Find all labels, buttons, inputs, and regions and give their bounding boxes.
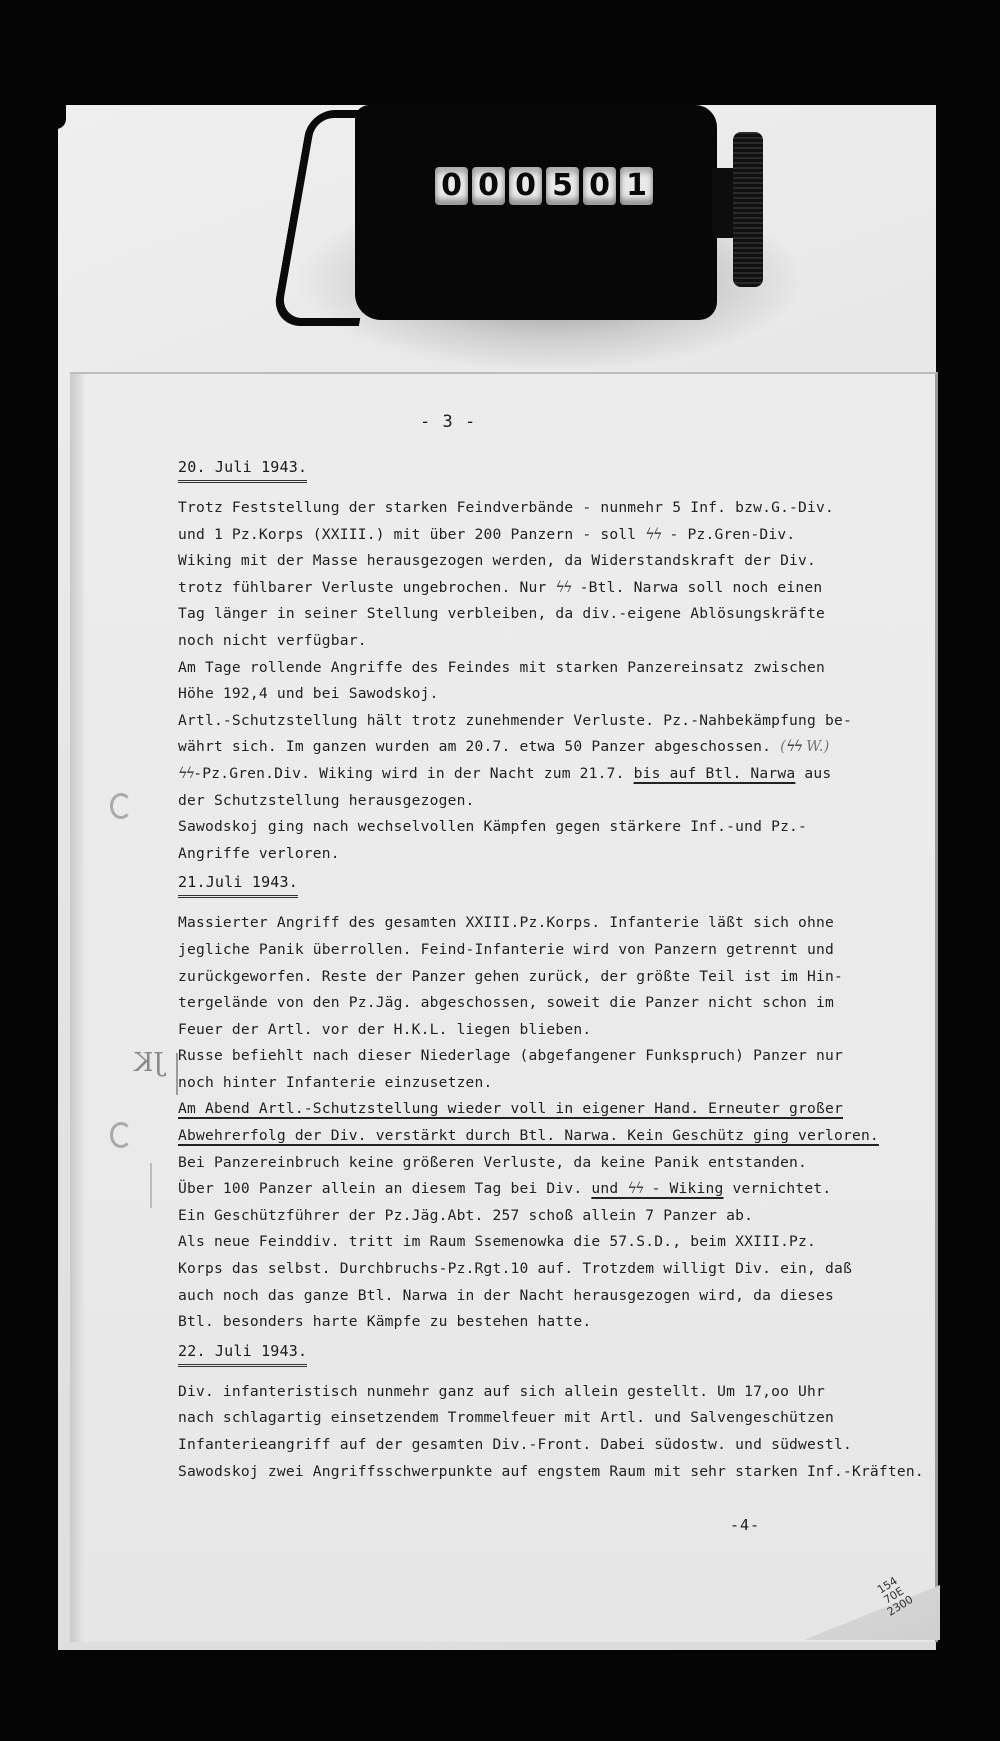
typed-line: Angriffe verloren. [178, 841, 938, 868]
typed-line: auch noch das ganze Btl. Narwa in der Na… [178, 1283, 938, 1310]
counter-digit: 1 [620, 167, 653, 205]
entry-date-heading: 22. Juli 1943. [178, 1342, 307, 1367]
typed-line: Bei Panzereinbruch keine größeren Verlus… [178, 1150, 938, 1177]
diary-entry: 21.Juli 1943.Massierter Angriff des gesa… [178, 873, 938, 1336]
document-body: 20. Juli 1943.Trotz Feststellung der sta… [178, 458, 938, 1491]
typed-line: Artl.-Schutzstellung hält trotz zunehmen… [178, 708, 938, 735]
typed-line: Über 100 Panzer allein an diesem Tag bei… [178, 1176, 938, 1203]
margin-initial: JK [134, 1048, 164, 1078]
typed-line: noch hinter Infanterie einzusetzen. [178, 1070, 938, 1097]
typed-line: Am Tage rollende Angriffe des Feindes mi… [178, 655, 938, 682]
counter-digit: 0 [583, 167, 616, 205]
diary-entry: 22. Juli 1943.Div. infanteristisch nunme… [178, 1342, 938, 1485]
counter-readout: 0 0 0 5 0 1 [435, 167, 653, 205]
ss-rune-mark: ϟϟ [786, 738, 801, 755]
typed-line: Russe befiehlt nach dieser Niederlage (a… [178, 1043, 938, 1070]
ss-rune-mark: ϟϟ [178, 765, 193, 782]
typed-line: und 1 Pz.Korps (XXIII.) mit über 200 Pan… [178, 522, 938, 549]
counter-digit: 0 [509, 167, 542, 205]
page-number-bottom: -4- [730, 1516, 760, 1534]
page-number-top: - 3 - [420, 412, 476, 432]
typed-line: Sawodskoj zwei Angriffsschwerpunkte auf … [178, 1459, 938, 1486]
typed-line: Trotz Feststellung der starken Feindverb… [178, 495, 938, 522]
typed-line: zurückgeworfen. Reste der Panzer gehen z… [178, 964, 938, 991]
typed-line: noch nicht verfügbar. [178, 628, 938, 655]
typed-line: Am Abend Artl.-Schutzstellung wieder vol… [178, 1096, 938, 1123]
counter-digit: 0 [472, 167, 505, 205]
typed-line: Ein Geschützführer der Pz.Jäg.Abt. 257 s… [178, 1203, 938, 1230]
typed-line: Sawodskoj ging nach wechselvollen Kämpfe… [178, 814, 938, 841]
typed-line: währt sich. Im ganzen wurden am 20.7. et… [178, 734, 938, 761]
counter-knob [733, 132, 763, 287]
diary-entry: 20. Juli 1943.Trotz Feststellung der sta… [178, 458, 938, 867]
typed-line: nach schlagartig einsetzendem Trommelfeu… [178, 1405, 938, 1432]
pencil-note: (ϟϟ W.) [780, 738, 829, 755]
frame-counter-device [355, 105, 717, 320]
typed-line: Massierter Angriff des gesamten XXIII.Pz… [178, 910, 938, 937]
ss-rune-mark: ϟϟ [645, 526, 660, 543]
card-notch [52, 105, 66, 129]
typed-line: Infanterieangriff auf der gesamten Div.-… [178, 1432, 938, 1459]
counter-digit: 5 [546, 167, 579, 205]
punch-hole-mark [110, 793, 132, 819]
entry-date-heading: 21.Juli 1943. [178, 873, 298, 898]
counter-digit: 0 [435, 167, 468, 205]
entry-date-heading: 20. Juli 1943. [178, 458, 307, 483]
typed-line: tergelände von den Pz.Jäg. abgeschossen,… [178, 990, 938, 1017]
typed-line: Feuer der Artl. vor der H.K.L. liegen bl… [178, 1017, 938, 1044]
typed-line: Btl. besonders harte Kämpfe zu bestehen … [178, 1309, 938, 1336]
typed-line: Korps das selbst. Durchbruchs-Pz.Rgt.10 … [178, 1256, 938, 1283]
typed-line: trotz fühlbarer Verluste ungebrochen. Nu… [178, 575, 938, 602]
typed-line: ϟϟ-Pz.Gren.Div. Wiking wird in der Nacht… [178, 761, 938, 788]
typed-line: Div. infanteristisch nunmehr ganz auf si… [178, 1379, 938, 1406]
typed-line: Tag länger in seiner Stellung verbleiben… [178, 601, 938, 628]
typed-line: Wiking mit der Masse herausgezogen werde… [178, 548, 938, 575]
punch-hole-mark [110, 1122, 132, 1148]
typed-line: Höhe 192,4 und bei Sawodskoj. [178, 681, 938, 708]
ss-rune-mark: ϟϟ [555, 579, 570, 596]
typed-line: jegliche Panik überrollen. Feind-Infante… [178, 937, 938, 964]
typed-line: Abwehrerfolg der Div. verstärkt durch Bt… [178, 1123, 938, 1150]
typed-line: der Schutzstellung herausgezogen. [178, 788, 938, 815]
typed-line: Als neue Feinddiv. tritt im Raum Ssemeno… [178, 1229, 938, 1256]
ss-rune-mark: ϟϟ [627, 1180, 642, 1197]
margin-bracket-line [150, 1163, 152, 1208]
